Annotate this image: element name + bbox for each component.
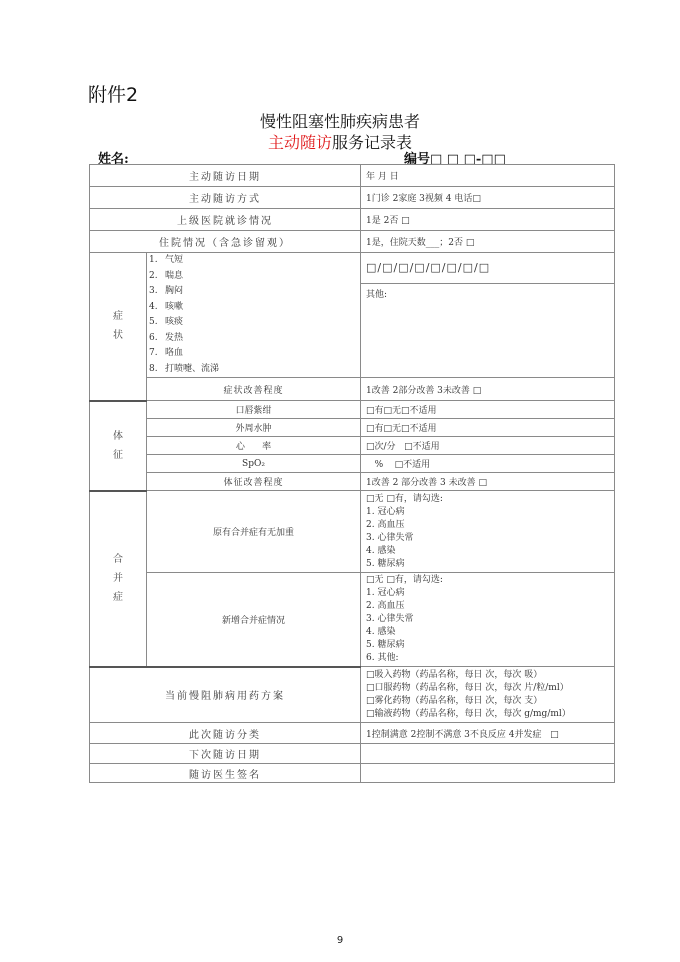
medication-nebulized[interactable]: □雾化药物（药品名称，每日 次，每次 支）	[366, 695, 609, 708]
subtitle-rest: 服务记录表	[332, 133, 412, 152]
symptom-item: 7.咯血	[149, 346, 360, 362]
existing-complications-list: □无 □有，请勾选: 1. 冠心病 2. 高血压 3. 心律失常 4. 感染 5…	[361, 492, 614, 572]
new-complications-list: □无 □有，请勾选: 1. 冠心病 2. 高血压 3. 心律失常 4. 感染 5…	[361, 573, 614, 666]
complications-group-label: 合 并 症	[90, 491, 147, 667]
visit-method-options[interactable]: 1门诊 2家庭 3视频 4 电话□	[361, 187, 615, 209]
subtitle-highlight: 主动随访	[268, 133, 332, 152]
hospitalization-label: 住院情况（含急诊留观）	[90, 231, 361, 253]
medication-list: □吸入药物（药品名称，每日 次，每次 吸） □口服药物（药品名称，每日 次，每次…	[361, 668, 614, 722]
option-line: 3. 心律失常	[366, 532, 609, 545]
option-line: 2. 高血压	[366, 600, 609, 613]
option-line: 1. 冠心病	[366, 506, 609, 519]
doctor-sign-label: 随访医生签名	[90, 764, 361, 783]
existing-complications-options[interactable]: □无 □有，请勾选: 1. 冠心病 2. 高血压 3. 心律失常 4. 感染 5…	[361, 491, 615, 573]
option-line[interactable]: □无 □有，请勾选:	[366, 493, 609, 506]
new-complications-options[interactable]: □无 □有，请勾选: 1. 冠心病 2. 高血压 3. 心律失常 4. 感染 5…	[361, 573, 615, 667]
signs-label-char1: 体	[90, 427, 146, 446]
visit-method-label: 主动随访方式	[90, 187, 361, 209]
page-number: 9	[0, 935, 680, 946]
signs-label-char2: 征	[90, 446, 146, 465]
symptom-improvement-options[interactable]: 1改善 2部分改善 3未改善 □	[361, 378, 615, 401]
complications-label-char3: 症	[90, 588, 146, 607]
option-line: 3. 心律失常	[366, 613, 609, 626]
sign-spo2-options[interactable]: % □不适用	[361, 455, 615, 473]
visit-date-label: 主动随访日期	[90, 165, 361, 187]
sign-cyanosis-label: 口唇紫绀	[147, 401, 361, 419]
option-line: 5. 糖尿病	[366, 558, 609, 571]
sign-edema-options[interactable]: □有□无□不适用	[361, 419, 615, 437]
row-sign-edema: 外周水肿 □有□无□不适用	[90, 419, 615, 437]
sign-edema-label: 外周水肿	[147, 419, 361, 437]
sign-spo2-label: SpO₂	[147, 455, 361, 473]
higher-hospital-options[interactable]: 1是 2否 □	[361, 209, 615, 231]
symptom-improvement-label: 症状改善程度	[147, 378, 361, 401]
existing-complications-label: 原有合并症有无加重	[147, 491, 361, 573]
doctor-sign-input[interactable]	[361, 764, 615, 783]
symptoms-other-input[interactable]: 其他:	[361, 283, 615, 377]
row-next-visit: 下次随访日期	[90, 744, 615, 764]
row-sign-heart-rate: 心 率 □次/分 □不适用	[90, 437, 615, 455]
symptom-item: 2.喘息	[149, 269, 360, 285]
new-complications-label: 新增合并症情况	[147, 573, 361, 667]
symptom-item: 8.打喷嚏、流涕	[149, 362, 360, 378]
symptom-item: 4.咳嗽	[149, 300, 360, 316]
option-line: 1. 冠心病	[366, 587, 609, 600]
next-visit-label: 下次随访日期	[90, 744, 361, 764]
symptom-item: 5.咳痰	[149, 315, 360, 331]
follow-up-form-table: 主动随访日期 年 月 日 主动随访方式 1门诊 2家庭 3视频 4 电话□ 上级…	[89, 164, 615, 783]
medication-options[interactable]: □吸入药物（药品名称，每日 次，每次 吸） □口服药物（药品名称，每日 次，每次…	[361, 667, 615, 723]
row-sign-spo2: SpO₂ % □不适用	[90, 455, 615, 473]
symptoms-group-label: 症 状	[90, 253, 147, 401]
visit-date-input[interactable]: 年 月 日	[361, 165, 615, 187]
option-line: 4. 感染	[366, 545, 609, 558]
row-higher-hospital: 上级医院就诊情况 1是 2否 □	[90, 209, 615, 231]
symptoms-list: 1.气短 2.喘息 3.胸闷 4.咳嗽 5.咳痰 6.发热 7.咯血 8.打喷嚏…	[147, 253, 360, 377]
classification-label: 此次随访分类	[90, 723, 361, 744]
row-visit-date: 主动随访日期 年 月 日	[90, 165, 615, 187]
complications-label-char2: 并	[90, 569, 146, 588]
row-sign-cyanosis: 体 征 口唇紫绀 □有□无□不适用	[90, 401, 615, 419]
symptom-item: 6.发热	[149, 331, 360, 347]
row-classification: 此次随访分类 1控制满意 2控制不满意 3不良反应 4并发症 □	[90, 723, 615, 744]
symptom-item: 3.胸闷	[149, 284, 360, 300]
form-title: 慢性阻塞性肺疾病患者	[0, 109, 680, 132]
symptoms-list-cell: 1.气短 2.喘息 3.胸闷 4.咳嗽 5.咳痰 6.发热 7.咯血 8.打喷嚏…	[147, 253, 361, 378]
symptoms-checkboxes[interactable]: □/□/□/□/□/□/□/□	[361, 253, 615, 284]
medication-inhaled[interactable]: □吸入药物（药品名称，每日 次，每次 吸）	[366, 669, 609, 682]
option-line: 2. 高血压	[366, 519, 609, 532]
next-visit-input[interactable]	[361, 744, 615, 764]
row-doctor-sign: 随访医生签名	[90, 764, 615, 783]
symptoms-label-char2: 状	[90, 326, 146, 345]
row-sign-improvement: 体征改善程度 1改善 2 部分改善 3 未改善 □	[90, 473, 615, 491]
option-line: 4. 感染	[366, 626, 609, 639]
row-hospitalization: 住院情况（含急诊留观） 1是，住院天数___；2否 □	[90, 231, 615, 253]
option-line: 5. 糖尿病	[366, 639, 609, 652]
row-visit-method: 主动随访方式 1门诊 2家庭 3视频 4 电话□	[90, 187, 615, 209]
row-symptom-improvement: 症状改善程度 1改善 2部分改善 3未改善 □	[90, 378, 615, 401]
signs-group-label: 体 征	[90, 401, 147, 491]
hospitalization-options[interactable]: 1是，住院天数___；2否 □	[361, 231, 615, 253]
medication-label: 当前慢阻肺病用药方案	[90, 667, 361, 723]
row-new-complications: 新增合并症情况 □无 □有，请勾选: 1. 冠心病 2. 高血压 3. 心律失常…	[90, 573, 615, 667]
medication-infusion[interactable]: □输液药物（药品名称，每日 次，每次 g/mg/ml）	[366, 708, 609, 721]
sign-improvement-options[interactable]: 1改善 2 部分改善 3 未改善 □	[361, 473, 615, 491]
option-line[interactable]: □无 □有，请勾选:	[366, 574, 609, 587]
classification-options[interactable]: 1控制满意 2控制不满意 3不良反应 4并发症 □	[361, 723, 615, 744]
higher-hospital-label: 上级医院就诊情况	[90, 209, 361, 231]
attachment-label: 附件2	[88, 80, 138, 107]
row-symptoms-checkboxes: 症 状 1.气短 2.喘息 3.胸闷 4.咳嗽 5.咳痰 6.发热 7.咯血 8…	[90, 253, 615, 284]
sign-heart-rate-label: 心 率	[147, 437, 361, 455]
symptom-item: 1.气短	[149, 253, 360, 269]
sign-heart-rate-options[interactable]: □次/分 □不适用	[361, 437, 615, 455]
complications-label-char1: 合	[90, 550, 146, 569]
symptoms-label-char1: 症	[90, 307, 146, 326]
sign-improvement-label: 体征改善程度	[147, 473, 361, 491]
sign-cyanosis-options[interactable]: □有□无□不适用	[361, 401, 615, 419]
option-line[interactable]: 6. 其他:	[366, 652, 609, 665]
row-medication: 当前慢阻肺病用药方案 □吸入药物（药品名称，每日 次，每次 吸） □口服药物（药…	[90, 667, 615, 723]
row-existing-complications: 合 并 症 原有合并症有无加重 □无 □有，请勾选: 1. 冠心病 2. 高血压…	[90, 491, 615, 573]
medication-oral[interactable]: □口服药物（药品名称，每日 次，每次 片/粒/ml）	[366, 682, 609, 695]
